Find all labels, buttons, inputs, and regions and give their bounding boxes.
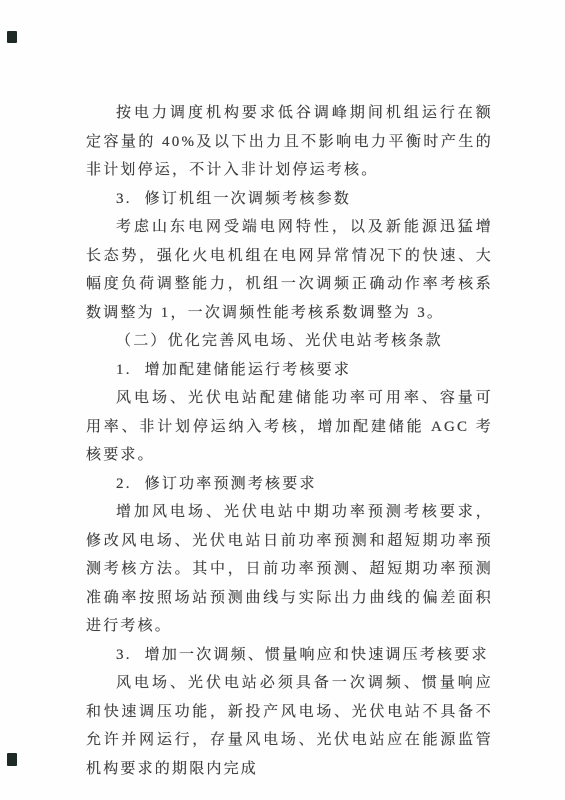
heading-text: 增加配建储能运行考核要求: [145, 362, 351, 378]
section-heading-wind-pv: （二）优化完善风电场、光伏电站考核条款: [86, 327, 493, 356]
paragraph-unplanned-outage: 按电力调度机构要求低谷调峰期间机组运行在额定容量的 40%及以下出力且不影响电力…: [86, 99, 493, 185]
heading-storage-assessment: 1.增加配建储能运行考核要求: [86, 356, 493, 385]
heading-primary-freq-params: 3.修订机组一次调频考核参数: [86, 185, 493, 214]
paragraph-grid-connection-requirements: 风电场、光伏电站必须具备一次调频、惯量响应和快速调压功能，新投产风电场、光伏电站…: [86, 669, 493, 783]
scan-artifact-top-left: [7, 31, 17, 43]
document-text-block: 按电力调度机构要求低谷调峰期间机组运行在额定容量的 40%及以下出力且不影响电力…: [86, 99, 493, 783]
paragraph-forecast-methods: 增加风电场、光伏电站中期功率预测考核要求，修改风电场、光伏电站日前功率预测和超短…: [86, 498, 493, 641]
heading-number: 3.: [116, 647, 132, 663]
heading-freq-inertia-voltage: 3.增加一次调频、惯量响应和快速调压考核要求: [86, 641, 493, 670]
scan-artifact-bottom-left: [7, 753, 17, 766]
heading-text: 修订功率预测考核要求: [145, 476, 317, 492]
heading-power-forecast: 2.修订功率预测考核要求: [86, 470, 493, 499]
document-page: 按电力调度机构要求低谷调峰期间机组运行在额定容量的 40%及以下出力且不影响电力…: [0, 0, 565, 800]
heading-text: 修订机组一次调频考核参数: [145, 191, 351, 207]
heading-number: 2.: [116, 476, 132, 492]
heading-number: 1.: [116, 362, 132, 378]
paragraph-shandong-grid: 考虑山东电网受端电网特性，以及新能源迅猛增长态势，强化火电机组在电网异常情况下的…: [86, 213, 493, 327]
heading-number: 3.: [116, 191, 132, 207]
paragraph-storage-agc: 风电场、光伏电站配建储能功率可用率、容量可用率、非计划停运纳入考核，增加配建储能…: [86, 384, 493, 470]
heading-text: 增加一次调频、惯量响应和快速调压考核要求: [145, 647, 489, 663]
